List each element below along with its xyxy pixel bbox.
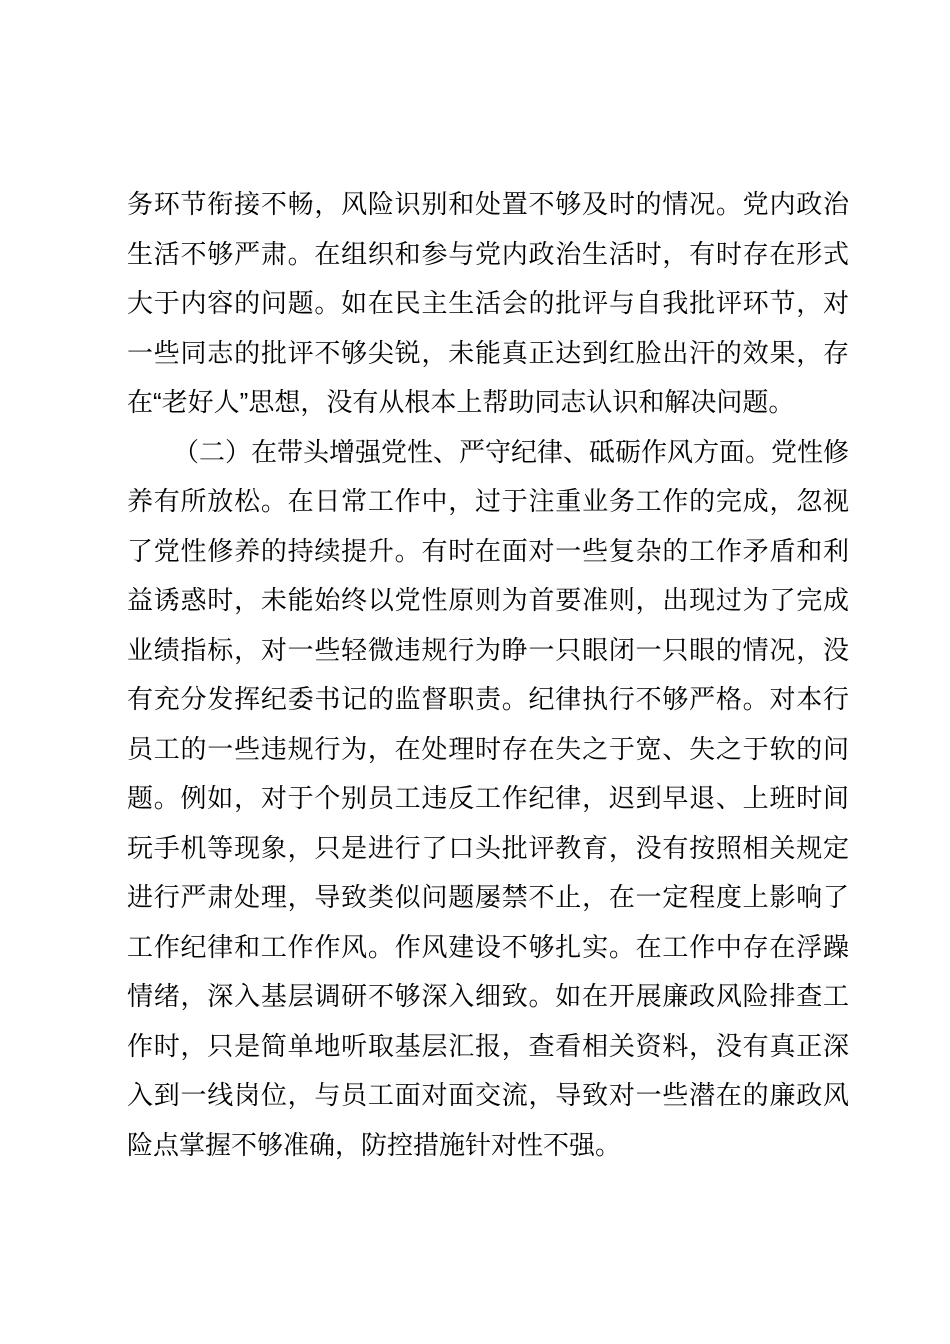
paragraph: 务环节衔接不畅，风险识别和处置不够及时的情况。党内政治生活不够严肃。在组织和参与… [127, 180, 849, 428]
text-line: 务环节衔接不畅，风险识别和处置不够及时的情况。党内政治 [127, 180, 849, 230]
text-line: 情绪，深入基层调研不够深入细致。如在开展廉政风险排查工 [127, 972, 849, 1022]
text-line: 养有所放松。在日常工作中，过于注重业务工作的完成，忽视 [127, 477, 849, 527]
text-line: 了党性修养的持续提升。有时在面对一些复杂的工作矛盾和利 [127, 527, 849, 577]
text-line: 进行严肃处理，导致类似问题屡禁不止，在一定程度上影响了 [127, 873, 849, 923]
document-body: 务环节衔接不畅，风险识别和处置不够及时的情况。党内政治生活不够严肃。在组织和参与… [127, 180, 849, 1170]
text-line: （二）在带头增强党性、严守纪律、砥砺作风方面。党性修 [127, 428, 849, 478]
text-line: 玩手机等现象，只是进行了口头批评教育，没有按照相关规定 [127, 824, 849, 874]
text-line: 一些同志的批评不够尖锐，未能真正达到红脸出汗的效果，存 [127, 329, 849, 379]
text-line: 作时，只是简单地听取基层汇报，查看相关资料，没有真正深 [127, 1022, 849, 1072]
text-line: 有充分发挥纪委书记的监督职责。纪律执行不够严格。对本行 [127, 675, 849, 725]
text-line: 业绩指标，对一些轻微违规行为睁一只眼闭一只眼的情况，没 [127, 626, 849, 676]
document-page: 务环节衔接不畅，风险识别和处置不够及时的情况。党内政治生活不够严肃。在组织和参与… [0, 0, 950, 1344]
text-line: 入到一线岗位，与员工面对面交流，导致对一些潜在的廉政风 [127, 1071, 849, 1121]
text-line: 生活不够严肃。在组织和参与党内政治生活时，有时存在形式 [127, 230, 849, 280]
text-line: 在“老好人”思想，没有从根本上帮助同志认识和解决问题。 [127, 378, 849, 428]
text-line: 大于内容的问题。如在民主生活会的批评与自我批评环节，对 [127, 279, 849, 329]
text-line: 员工的一些违规行为，在处理时存在失之于宽、失之于软的问 [127, 725, 849, 775]
paragraph: （二）在带头增强党性、严守纪律、砥砺作风方面。党性修养有所放松。在日常工作中，过… [127, 428, 849, 1171]
text-line: 工作纪律和工作作风。作风建设不够扎实。在工作中存在浮躁 [127, 923, 849, 973]
text-line: 险点掌握不够准确，防控措施针对性不强。 [127, 1121, 849, 1171]
text-line: 题。例如，对于个别员工违反工作纪律，迟到早退、上班时间 [127, 774, 849, 824]
text-line: 益诱惑时，未能始终以党性原则为首要准则，出现过为了完成 [127, 576, 849, 626]
